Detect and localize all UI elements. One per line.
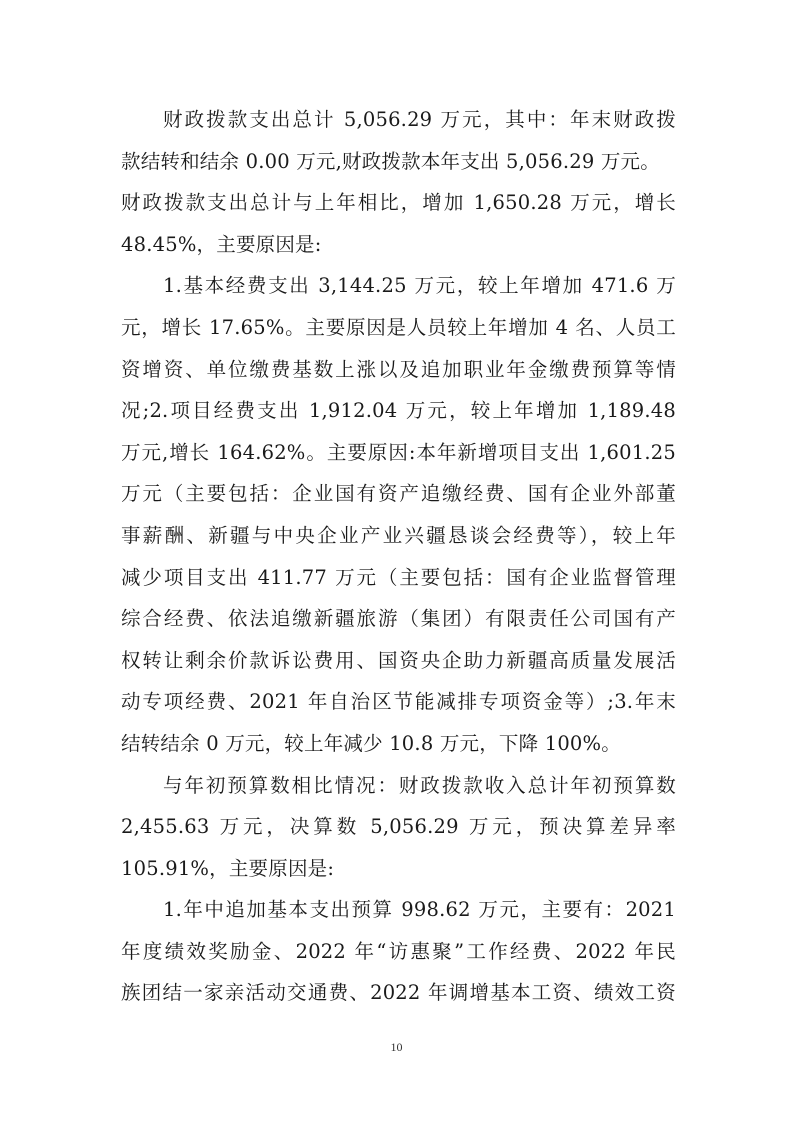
text-line: 减少项目支出 411.77 万元（主要包括：国有企业监督管理 xyxy=(121,557,676,599)
text-line: 资增资、单位缴费基数上涨以及追加职业年金缴费预算等情 xyxy=(121,349,676,391)
text-line: 1.基本经费支出 3,144.25 万元，较上年增加 471.6 万 xyxy=(121,265,676,307)
text-line: 万元（主要包括：企业国有资产追缴经费、国有企业外部董 xyxy=(121,473,676,515)
text-line: 动专项经费、2021 年自治区节能减排专项资金等）;3.年末 xyxy=(121,681,676,723)
page-number: 10 xyxy=(0,1040,793,1055)
text-line: 事薪酬、新疆与中央企业产业兴疆恳谈会经费等），较上年 xyxy=(121,515,676,557)
text-line: 权转让剩余价款诉讼费用、国资央企助力新疆高质量发展活 xyxy=(121,640,676,682)
text-line: 况;2.项目经费支出 1,912.04 万元，较上年增加 1,189.48 xyxy=(121,390,676,432)
text-line: 2,455.63 万元，决算数 5,056.29 万元，预决算差异率 xyxy=(121,806,676,848)
text-line: 与年初预算数相比情况：财政拨款收入总计年初预算数 xyxy=(121,765,676,807)
document-page: 财政拨款支出总计 5,056.29 万元，其中：年末财政拨 款结转和结余 0.0… xyxy=(0,0,793,1122)
text-line: 元，增长 17.65%。主要原因是人员较上年增加 4 名、人员工 xyxy=(121,307,676,349)
text-line: 财政拨款支出总计与上年相比，增加 1,650.28 万元，增长 xyxy=(121,182,676,224)
text-line: 款结转和结余 0.00 万元,财政拨款本年支出 5,056.29 万元。 xyxy=(121,141,676,183)
text-line: 年度绩效奖励金、2022 年“访惠聚”工作经费、2022 年民 xyxy=(121,931,676,973)
text-line: 105.91%，主要原因是: xyxy=(121,848,676,890)
text-line: 族团结一家亲活动交通费、2022 年调增基本工资、绩效工资 xyxy=(121,972,676,1014)
text-line: 48.45%，主要原因是: xyxy=(121,224,676,266)
text-line: 1.年中追加基本支出预算 998.62 万元，主要有：2021 xyxy=(121,889,676,931)
text-line: 结转结余 0 万元，较上年减少 10.8 万元，下降 100%。 xyxy=(121,723,676,765)
text-line: 万元,增长 164.62%。主要原因:本年新增项目支出 1,601.25 xyxy=(121,432,676,474)
body-text: 财政拨款支出总计 5,056.29 万元，其中：年末财政拨 款结转和结余 0.0… xyxy=(121,99,676,1014)
text-line: 综合经费、依法追缴新疆旅游（集团）有限责任公司国有产 xyxy=(121,598,676,640)
text-line: 财政拨款支出总计 5,056.29 万元，其中：年末财政拨 xyxy=(121,99,676,141)
